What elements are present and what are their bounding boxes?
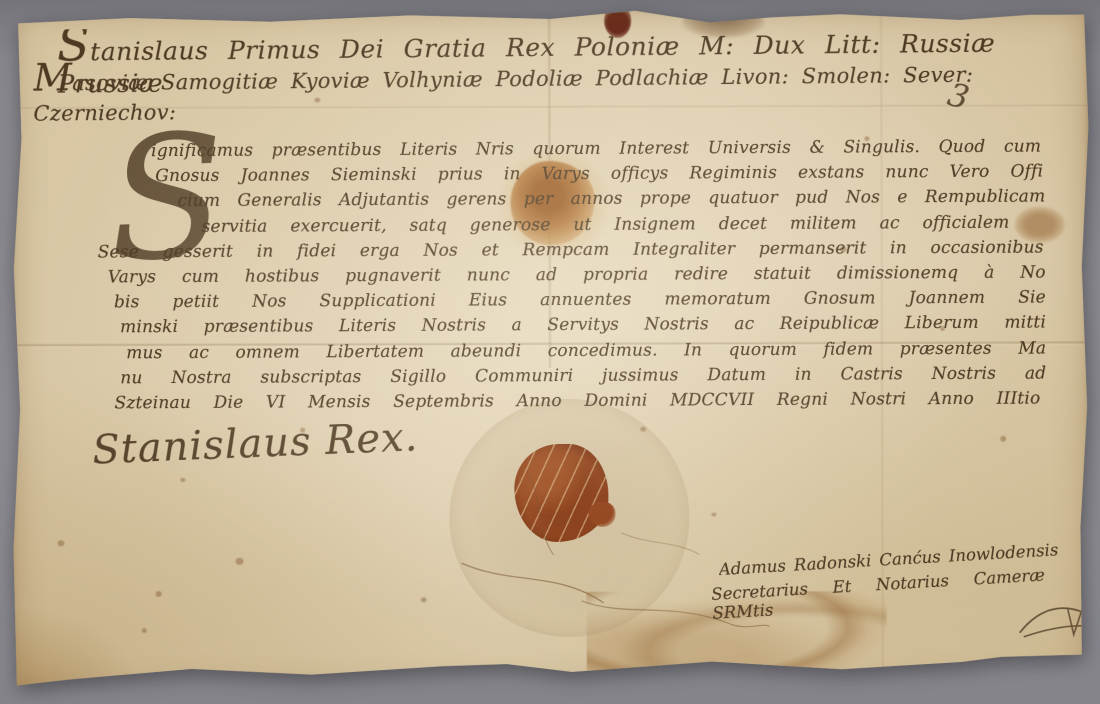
foxing-spot xyxy=(236,558,244,565)
royal-signature: Stanislaus Rex. xyxy=(91,414,423,473)
foxing-spot xyxy=(156,591,162,597)
manuscript-paper: Stanislaus Primus Dei Gratia Rex Poloniæ… xyxy=(10,7,1090,694)
foxing-spot xyxy=(711,513,716,517)
foxing-spot xyxy=(57,540,64,546)
foxing-spot xyxy=(1000,436,1006,442)
foxing-spot xyxy=(421,597,427,602)
photo-background: Stanislaus Primus Dei Gratia Rex Poloniæ… xyxy=(0,0,1100,704)
foxing-spot xyxy=(180,478,185,482)
stain-bottom-left xyxy=(6,609,136,699)
manuscript-paper-wrapper: Stanislaus Primus Dei Gratia Rex Poloniæ… xyxy=(10,7,1090,694)
secretary-paraph-flourish xyxy=(1012,599,1100,647)
foxing-spot xyxy=(142,628,147,633)
body-line: Szteinau Die VI Mensis Septembris Anno D… xyxy=(98,386,1046,416)
body-text-block: ignificamus præsentibus Literis Nris quo… xyxy=(97,134,1046,416)
foxing-spot xyxy=(640,427,646,432)
